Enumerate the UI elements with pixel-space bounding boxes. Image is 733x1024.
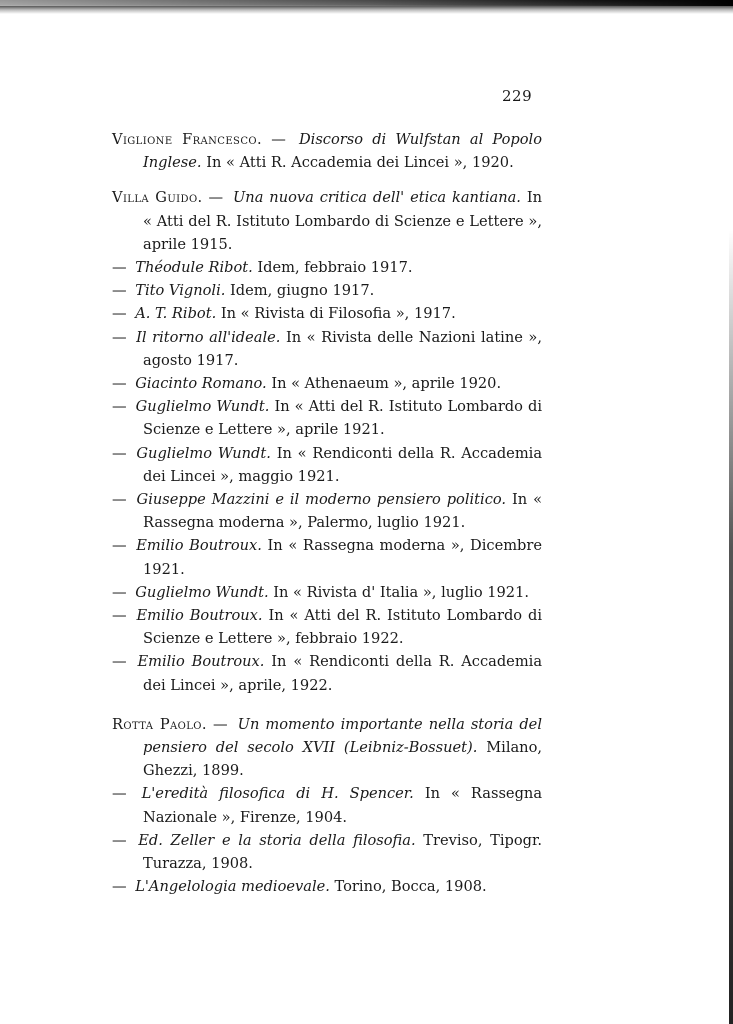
bibliography-subentry: — Tito Vignoli. Idem, giugno 1917. [112,279,542,302]
work-title: Guglielmo Wundt. [136,445,271,462]
bibliography-subentry: — Guglielmo Wundt. In « Rivista d' Itali… [112,581,542,604]
work-title: L'eredità filosofica di H. Spencer. [142,785,414,802]
bibliography-subentry: — Guglielmo Wundt. In « Rendiconti della… [112,442,542,488]
work-title: Giacinto Romano. [135,375,266,392]
publication-info: Idem, giugno 1917. [230,282,374,299]
work-title: Guglielmo Wundt. [135,584,268,601]
publication-info: In « Rivista d' Italia », luglio 1921. [273,584,529,601]
repeat-dash: — [112,282,127,299]
bibliography-subentry: — Guglielmo Wundt. In « Atti del R. Isti… [112,395,542,441]
bibliography-subentry: — Giacinto Romano. In « Athenaeum », apr… [112,372,542,395]
work-title: Guglielmo Wundt. [136,398,270,415]
repeat-dash: — [112,305,127,322]
publication-info: Idem, febbraio 1917. [257,259,412,276]
bibliography-entry: Viglione Francesco. — Discorso di Wulfst… [112,128,542,174]
separator-dash: — [213,716,228,733]
work-title: Emilio Boutroux. [137,653,264,670]
repeat-dash: — [112,445,127,462]
work-title: A. T. Ribot. [135,305,216,322]
bibliography-subentry: — Emilio Boutroux. In « Rassegna moderna… [112,534,542,580]
repeat-dash: — [112,491,127,508]
page-number: 229 [502,87,532,105]
bibliography-list: Viglione Francesco. — Discorso di Wulfst… [112,128,542,899]
publication-info: In « Athenaeum », aprile 1920. [271,375,501,392]
bibliography-subentry: — Ed. Zeller e la storia della filosofia… [112,829,542,875]
bibliography-subentry: — L'eredità filosofica di H. Spencer. In… [112,782,542,828]
work-title: Il ritorno all'ideale. [136,329,280,346]
repeat-dash: — [112,785,127,802]
work-title: Ed. Zeller e la storia della filosofia. [138,832,415,849]
bibliography-subentry: — Il ritorno all'ideale. In « Rivista de… [112,326,542,372]
publication-info: Torino, Bocca, 1908. [335,878,487,895]
author-name: Rotta Paolo. [112,716,207,733]
work-title: Emilio Boutroux. [136,537,262,554]
publication-info: In « Atti R. Accademia dei Lincei », 192… [206,154,514,171]
repeat-dash: — [112,375,127,392]
bibliography-subentry: — Giuseppe Mazzini e il moderno pensiero… [112,488,542,534]
repeat-dash: — [112,832,127,849]
repeat-dash: — [112,584,127,601]
repeat-dash: — [112,653,127,670]
separator-dash: — [209,189,224,206]
repeat-dash: — [112,329,127,346]
bibliography-subentry: — Emilio Boutroux. In « Atti del R. Isti… [112,604,542,650]
publication-info: In « Rivista di Filosofia », 1917. [221,305,456,322]
repeat-dash: — [112,537,127,554]
work-title: L'Angelologia medioevale. [135,878,330,895]
work-title: Giuseppe Mazzini e il moderno pensiero p… [137,491,507,508]
bibliography-entry: Rotta Paolo. — Un momento importante nel… [112,713,542,783]
bibliography-subentry: — A. T. Ribot. In « Rivista di Filosofia… [112,302,542,325]
work-title: Théodule Ribot. [135,259,253,276]
work-title: Tito Vignoli. [135,282,225,299]
scan-edge-shadow-top [0,0,733,14]
repeat-dash: — [112,607,127,624]
bibliography-subentry: — Théodule Ribot. Idem, febbraio 1917. [112,256,542,279]
bibliography-subentry: — L'Angelologia medioevale. Torino, Bocc… [112,875,542,898]
repeat-dash: — [112,398,127,415]
bibliography-entry: Villa Guido. — Una nuova critica dell' e… [112,186,542,256]
work-title: Una nuova critica dell' etica kantiana. [233,189,521,206]
author-name: Viglione Francesco. [112,131,262,148]
repeat-dash: — [112,259,127,276]
repeat-dash: — [112,878,127,895]
separator-dash: — [271,131,286,148]
scan-edge-shadow-right [729,230,733,1024]
work-title: Emilio Boutroux. [137,607,263,624]
bibliography-subentry: — Emilio Boutroux. In « Rendiconti della… [112,650,542,696]
author-name: Villa Guido. [112,189,203,206]
